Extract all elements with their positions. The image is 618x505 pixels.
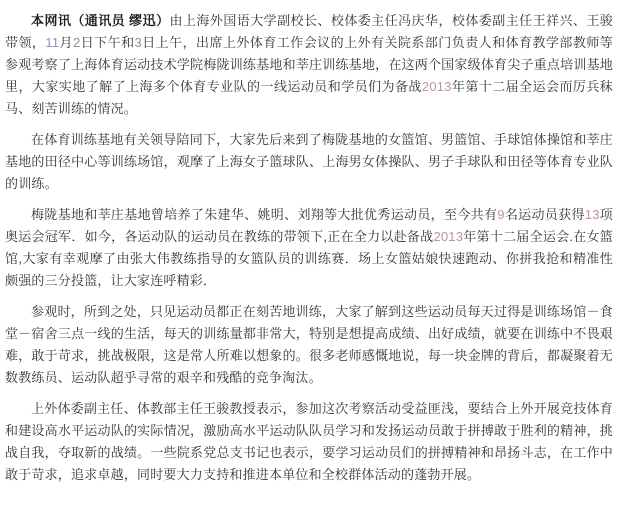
paragraph-2: 在体育训练基地有关领导陪同下，大家先后来到了梅陇基地的女篮馆、男篮馆、手球馆体操… bbox=[5, 129, 613, 195]
paragraph-3: 梅陇基地和莘庄基地曾培养了朱建华、姚明、刘翔等大批优秀运动员，至今共有9名运动员… bbox=[5, 204, 613, 292]
text-run: 日下午和 bbox=[80, 35, 134, 50]
text-run: 名运动员获得 bbox=[505, 207, 585, 222]
paragraph-4: 参观时，所到之处，只见运动员都正在刻苦地训练，大家了解到这些运动员每天过得是训练… bbox=[5, 301, 613, 389]
number-highlight: 2013 bbox=[422, 79, 452, 94]
text-run: 参观时，所到之处，只见运动员都正在刻苦地训练，大家了解到这些运动员每天过得是训练… bbox=[5, 304, 613, 385]
page: 本网讯（通讯员 缪迅）由上海外国语大学副校长、校体委主任冯庆华，校体委副主任王祥… bbox=[0, 0, 618, 505]
article: 本网讯（通讯员 缪迅）由上海外国语大学副校长、校体委主任冯庆华，校体委副主任王祥… bbox=[0, 0, 618, 486]
number-highlight: 9 bbox=[497, 207, 504, 222]
text-run: 月 bbox=[59, 35, 73, 50]
number-highlight: 11 bbox=[45, 35, 59, 50]
text-run: 上外体委副主任、体教部主任王骏教授表示，参加这次考察活动受益匪浅，要结合上外开展… bbox=[5, 401, 613, 482]
number-highlight: 3 bbox=[135, 35, 142, 50]
text-run: 在体育训练基地有关领导陪同下，大家先后来到了梅陇基地的女篮馆、男篮馆、手球馆体操… bbox=[5, 132, 613, 191]
byline-bold: 本网讯（通讯员 缪迅） bbox=[31, 13, 170, 28]
paragraph-5: 上外体委副主任、体教部主任王骏教授表示，参加这次考察活动受益匪浅，要结合上外开展… bbox=[5, 398, 613, 486]
number-highlight: 2013 bbox=[433, 229, 463, 244]
number-highlight: 13 bbox=[585, 207, 600, 222]
text-run: 梅陇基地和莘庄基地曾培养了朱建华、姚明、刘翔等大批优秀运动员，至今共有 bbox=[31, 207, 497, 222]
paragraph-1: 本网讯（通讯员 缪迅）由上海外国语大学副校长、校体委主任冯庆华，校体委副主任王祥… bbox=[5, 10, 613, 120]
